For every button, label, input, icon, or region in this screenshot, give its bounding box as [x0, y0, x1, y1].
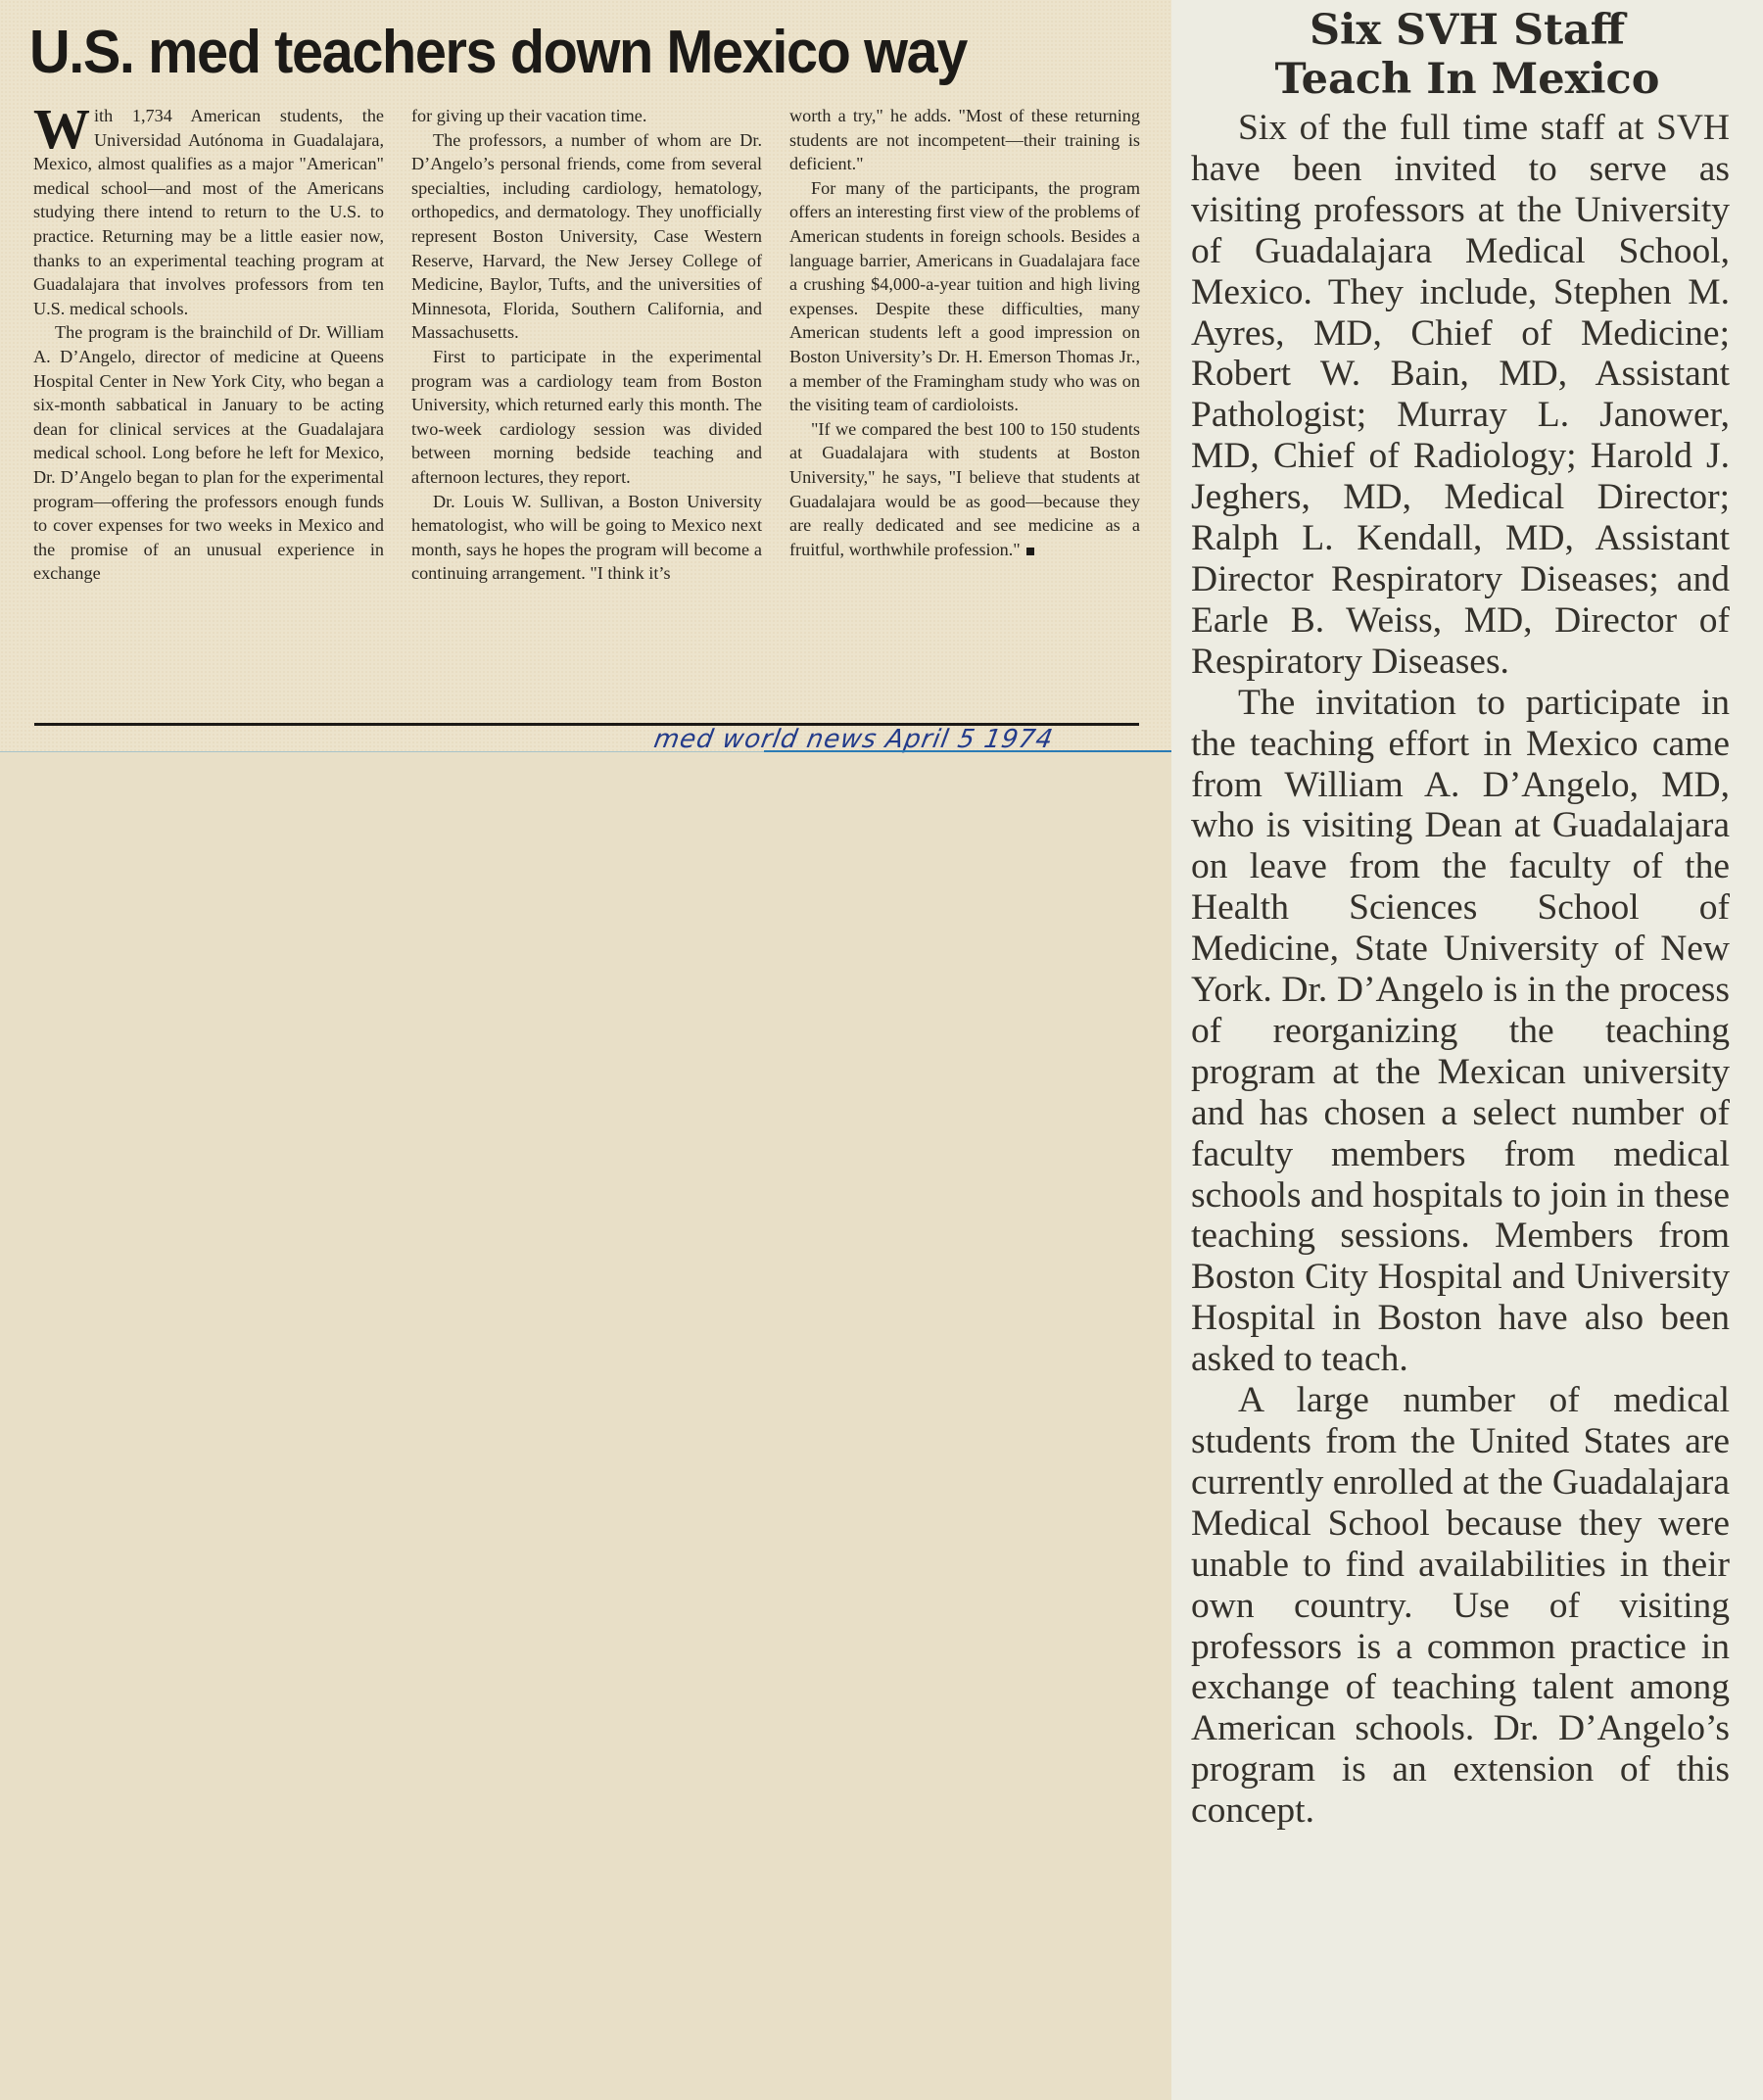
- article-paragraph: worth a try," he adds. "Most of these re…: [789, 104, 1140, 176]
- right-article-body: Six of the full time staff at SVH have b…: [1191, 108, 1730, 1832]
- article-paragraph: The professors, a number of whom are Dr.…: [411, 128, 762, 345]
- blue-underline: [764, 750, 1171, 752]
- left-article-headline: U.S. med teachers down Mexico way: [29, 18, 967, 87]
- clipping-edge-line: [0, 751, 764, 752]
- article-paragraph: With 1,734 American students, the Univer…: [33, 104, 384, 320]
- article-column-2: for giving up their vacation time. The p…: [411, 104, 762, 586]
- right-article-headline: Six SVH Staff Teach In Mexico: [1171, 6, 1763, 104]
- article-paragraph: Six of the full time staff at SVH have b…: [1191, 108, 1730, 683]
- drop-cap: W: [33, 107, 90, 152]
- left-article-columns: With 1,734 American students, the Univer…: [33, 104, 1140, 586]
- article-paragraph: A large number of medical students from …: [1191, 1380, 1730, 1832]
- article-paragraph: "If we compared the best 100 to 150 stud…: [789, 417, 1140, 562]
- article-column-3: worth a try," he adds. "Most of these re…: [789, 104, 1140, 586]
- article-paragraph: Dr. Louis W. Sullivan, a Boston Universi…: [411, 490, 762, 586]
- article-column-1: With 1,734 American students, the Univer…: [33, 104, 384, 586]
- article-paragraph: For many of the participants, the progra…: [789, 176, 1140, 417]
- article-paragraph: First to participate in the experi­menta…: [411, 345, 762, 490]
- right-newspaper-clipping: Six SVH Staff Teach In Mexico Six of the…: [1171, 0, 1763, 2100]
- article-paragraph: The invitation to participate in the tea…: [1191, 683, 1730, 1380]
- left-newspaper-clipping: U.S. med teachers down Mexico way With 1…: [0, 0, 1171, 752]
- article-paragraph: for giving up their vacation time.: [411, 104, 762, 128]
- article-paragraph: The program is the brainchild of Dr. Wil…: [33, 320, 384, 586]
- end-mark-icon: [1026, 548, 1034, 555]
